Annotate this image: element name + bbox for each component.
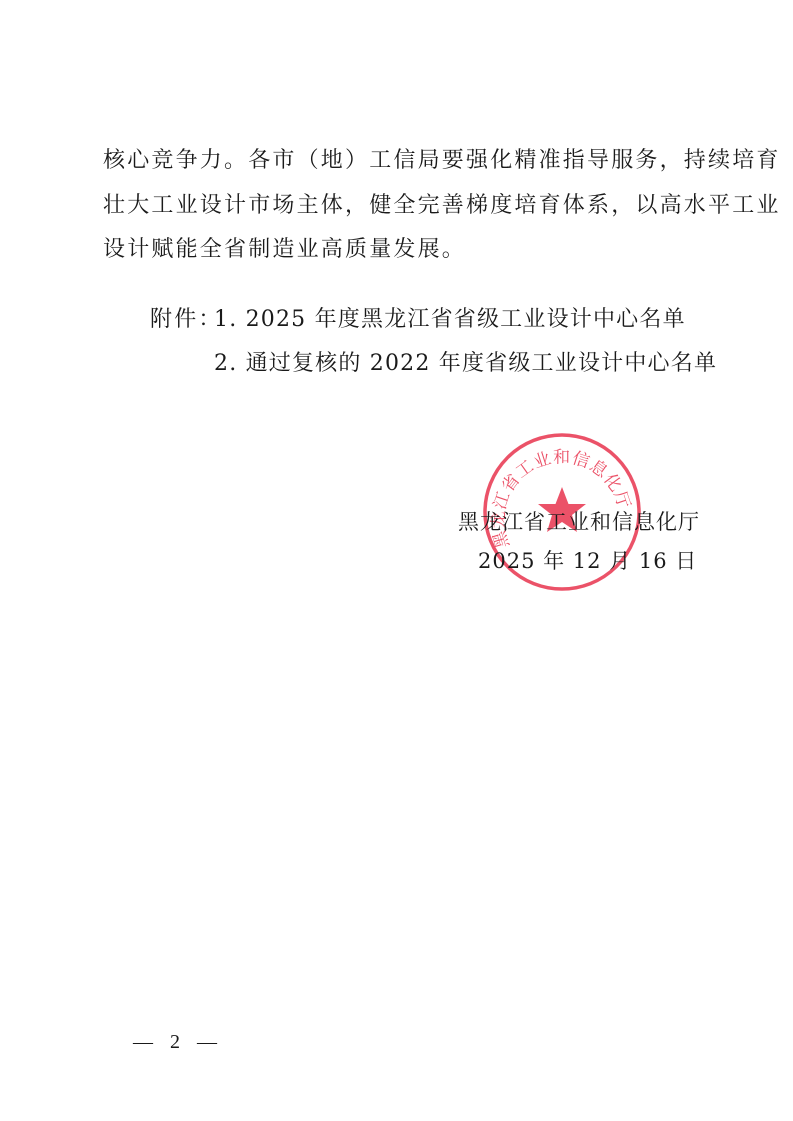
attachment-item: 1. 2025 年度黑龙江省省级工业设计中心名单	[214, 306, 686, 334]
signing-organization: 黑龙江省工业和信息化厅	[458, 508, 700, 536]
paragraph-line: 核心竞争力。各市（地）工信局要强化精准指导服务，持续培育	[103, 147, 781, 175]
paragraph-line: 壮大工业设计市场主体，健全完善梯度培育体系，以高水平工业	[103, 192, 781, 220]
paragraph-line: 设计赋能全省制造业高质量发展。	[103, 236, 466, 264]
attachment-item: 2. 通过复核的 2022 年度省级工业设计中心名单	[214, 350, 717, 378]
signing-date: 2025 年 12 月 16 日	[478, 547, 697, 575]
attachments-label: 附件：	[150, 306, 223, 334]
page-number: — 2 —	[133, 1030, 223, 1054]
